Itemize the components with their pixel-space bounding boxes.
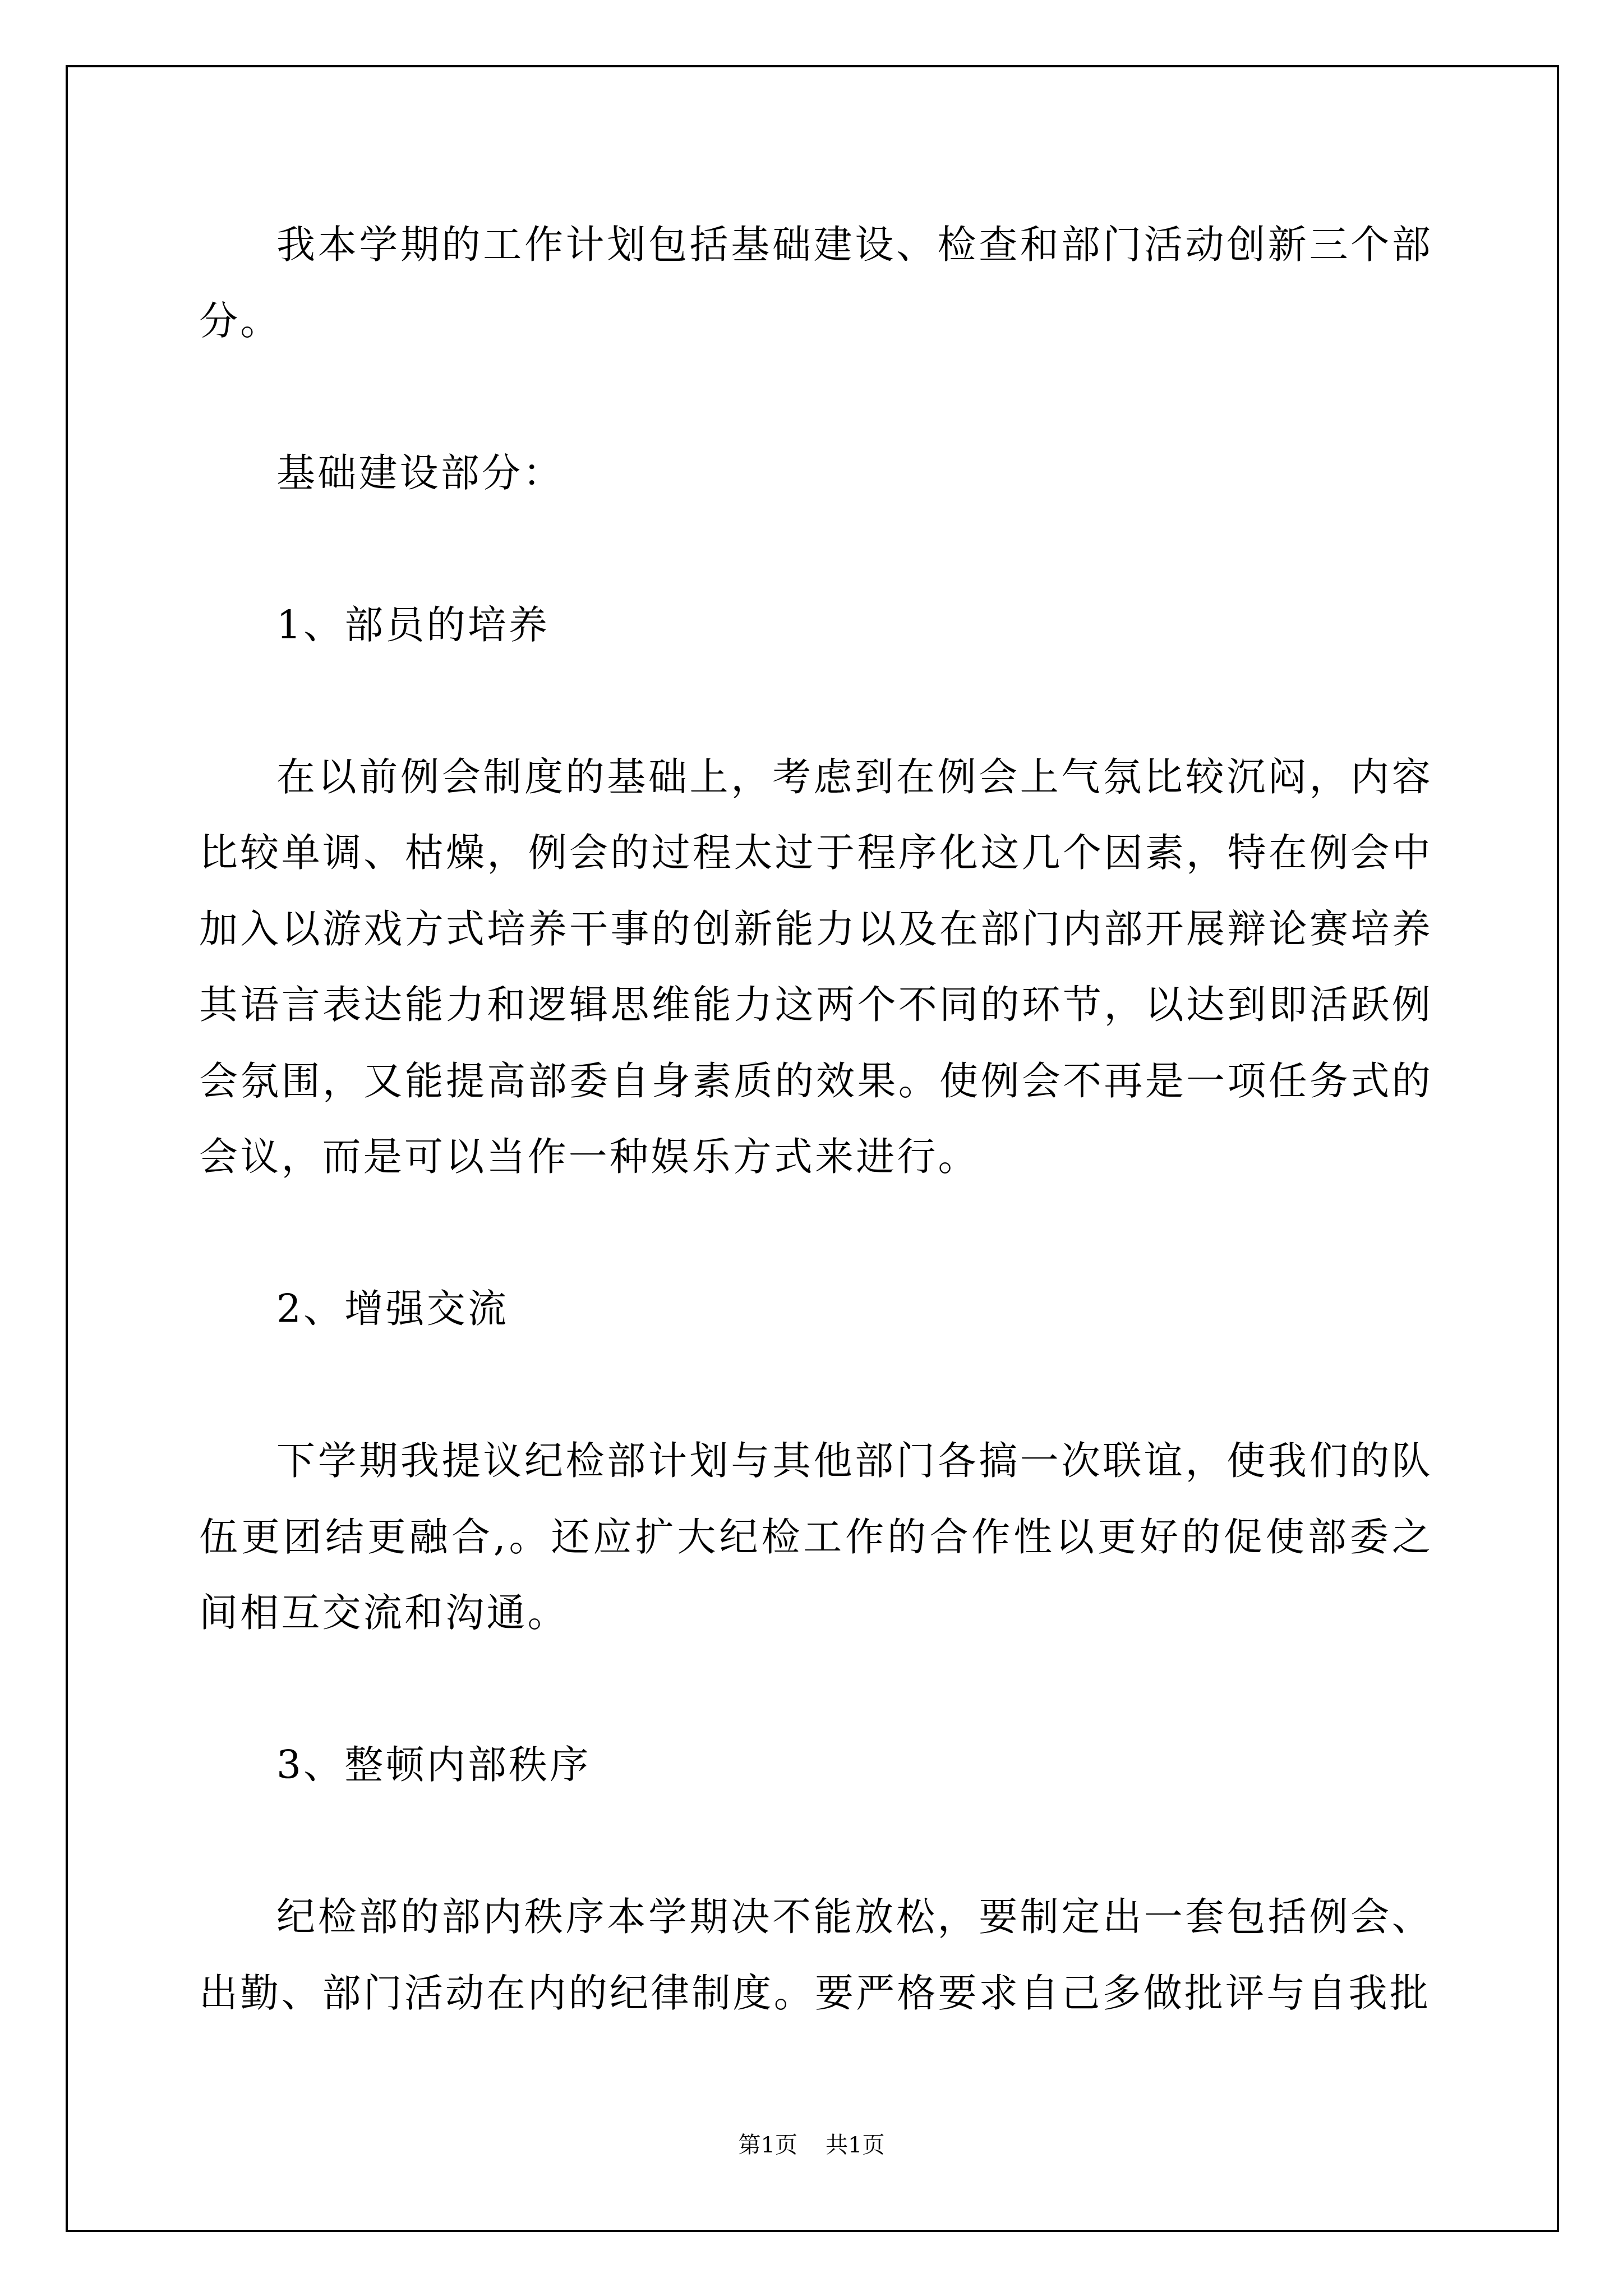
paragraph-intro: 我本学期的工作计划包括基础建设、检查和部门活动创新三个部分。 — [199, 208, 1433, 360]
subheading-member-training: 1、部员的培养 — [199, 588, 1433, 664]
section-heading-infrastructure: 基础建设部分： — [199, 436, 1433, 512]
page-number-current: 第1页 — [739, 2132, 797, 2158]
paragraph-communication: 下学期我提议纪检部计划与其他部门各搞一次联谊，使我们的队伍更团结更融合,。还应扩… — [199, 1424, 1433, 1652]
page-number-total: 共1页 — [826, 2132, 884, 2158]
subheading-internal-order: 3、整顿内部秩序 — [199, 1728, 1433, 1804]
subheading-communication: 2、增强交流 — [199, 1272, 1433, 1348]
paragraph-member-training: 在以前例会制度的基础上，考虑到在例会上气氛比较沉闷，内容比较单调、枯燥，例会的过… — [199, 740, 1433, 1196]
page-footer: 第1页共1页 — [0, 2132, 1623, 2159]
document-body: 我本学期的工作计划包括基础建设、检查和部门活动创新三个部分。 基础建设部分： 1… — [199, 208, 1433, 2108]
paragraph-internal-order: 纪检部的部内秩序本学期决不能放松，要制定出一套包括例会、出勤、部门活动在内的纪律… — [199, 1880, 1433, 2032]
